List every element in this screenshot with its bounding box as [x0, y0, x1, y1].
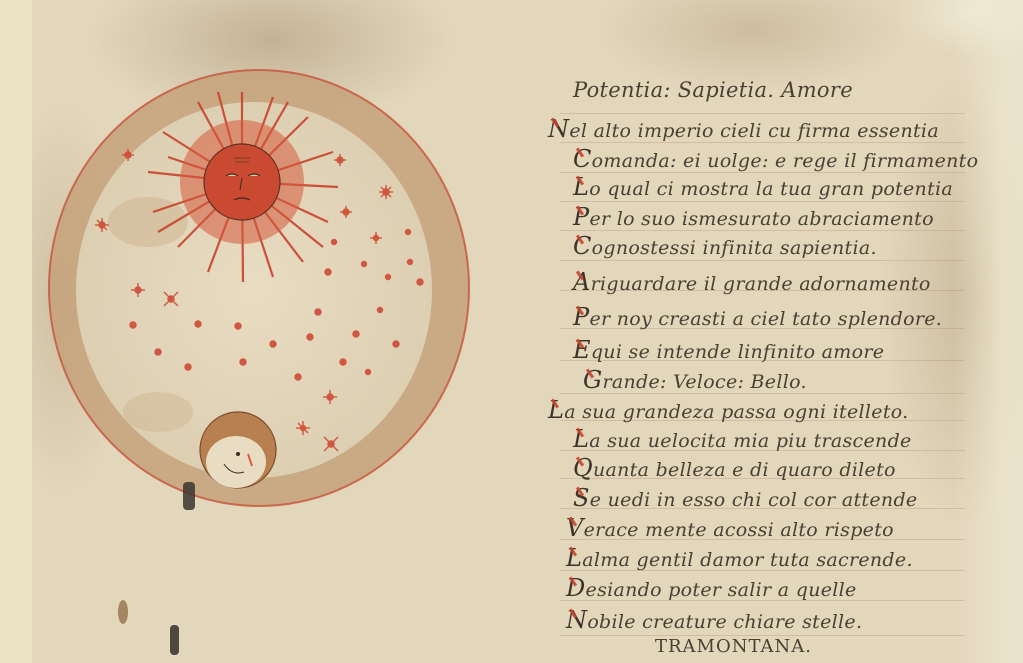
star-icon: [185, 364, 191, 370]
verse-line: Lo qual ci mostra la tua gran potentia: [573, 173, 953, 201]
ink-blot: [183, 482, 195, 510]
celestial-sphere-illustration: [38, 62, 480, 514]
rubricated-initial: L: [573, 173, 589, 201]
star-icon: [130, 322, 136, 328]
star-icon: [362, 262, 367, 267]
page-margin: [0, 0, 32, 663]
verse-text: qui se intende linfinito amore: [591, 341, 884, 363]
rubricated-initial: A: [573, 268, 591, 296]
ruling-line: [560, 113, 965, 114]
star-icon: [325, 269, 331, 275]
verse-text: e uedi in esso chi col cor attende: [590, 489, 918, 511]
moon-icon: [200, 412, 276, 488]
star-icon: [353, 331, 359, 337]
star-icon: [240, 359, 246, 365]
rubricated-initial: C: [573, 232, 592, 260]
star-icon: [315, 309, 321, 315]
rubricated-initial: P: [573, 203, 589, 231]
verse-line: Comanda: ei uolge: e rege il firmamento: [573, 145, 978, 173]
star-icon: [307, 334, 313, 340]
star-icon: [155, 349, 161, 355]
rubricated-initial: L: [566, 544, 582, 572]
verse-heading: Potentia: Sapietia. Amore: [573, 78, 853, 102]
star-icon: [393, 341, 399, 347]
rubricated-initial: P: [573, 303, 589, 331]
rubricated-initial: D: [566, 574, 586, 602]
verse-line: Equi se intende linfinito amore: [573, 336, 884, 364]
verse-line: Grande: Veloce: Bello.: [583, 366, 807, 394]
verse-line: La sua uelocita mia piu trascende: [573, 425, 912, 453]
star-icon: [408, 260, 413, 265]
rubricated-initial: E: [573, 336, 591, 364]
star-icon: [332, 240, 337, 245]
verse-text: uanta belleza e di quaro dileto: [593, 459, 896, 481]
verse-line: Per lo suo ismesurato abraciamento: [573, 203, 934, 231]
verse-line: Nel alto imperio cieli cu firma essentia: [548, 115, 939, 143]
rubricated-initial: S: [573, 484, 590, 512]
celestial-sphere-svg: [38, 62, 480, 514]
verse-line: Cognostessi infinita sapientia.: [573, 232, 877, 260]
rubricated-initial: G: [583, 366, 602, 394]
verse-line: Per noy creasti a ciel tato splendore.: [573, 303, 942, 331]
verse-text: er lo suo ismesurato abraciamento: [589, 208, 933, 230]
verse-text: riguardare il grande adornamento: [591, 273, 931, 295]
verse-line: Quanta belleza e di quaro dileto: [573, 454, 896, 482]
ink-blot: [170, 625, 179, 655]
star-icon: [406, 230, 411, 235]
verse-line: La sua grandeza passa ogni itelleto.: [548, 396, 909, 424]
star-icon: [386, 275, 391, 280]
page-tear: [900, 0, 1023, 60]
ink-stain: [118, 600, 128, 624]
rubricated-initial: V: [566, 514, 584, 542]
verse-text: obile creature chiare stelle.: [587, 611, 862, 633]
star-icon: [235, 323, 241, 329]
star-icon: [195, 321, 201, 327]
rubricated-initial: C: [573, 145, 592, 173]
footer-rubric: TRAMONTANA.: [655, 636, 812, 657]
verse-text: o qual ci mostra la tua gran potentia: [589, 178, 953, 200]
verse-text: alma gentil damor tuta sacrende.: [582, 549, 913, 571]
verse-line: Lalma gentil damor tuta sacrende.: [566, 544, 913, 572]
verse-text: rande: Veloce: Bello.: [602, 371, 806, 393]
verse-line: Desiando poter salir a quelle: [566, 574, 857, 602]
star-icon: [340, 359, 346, 365]
verse-line: Nobile creature chiare stelle.: [566, 606, 862, 634]
rubricated-initial: N: [548, 115, 569, 143]
verse-line: Verace mente acossi alto rispeto: [566, 514, 894, 542]
page-edge: [953, 0, 1023, 663]
star-icon: [366, 370, 371, 375]
verse-text: a sua uelocita mia piu trascende: [589, 430, 911, 452]
verse-text: erace mente acossi alto rispeto: [584, 519, 894, 541]
rubricated-initial: N: [566, 606, 587, 634]
star-icon: [378, 308, 383, 313]
star-icon: [379, 185, 393, 199]
verse-line: Se uedi in esso chi col cor attende: [573, 484, 917, 512]
sun-face: [204, 144, 280, 220]
verse-text: el alto imperio cieli cu firma essentia: [569, 120, 939, 142]
star-icon: [295, 374, 301, 380]
verse-text: ognostessi infinita sapientia.: [592, 237, 877, 259]
verse-text: omanda: ei uolge: e rege il firmamento: [592, 150, 979, 172]
verse-text: er noy creasti a ciel tato splendore.: [589, 308, 942, 330]
verse-line: Ariguardare il grande adornamento: [573, 268, 931, 296]
ruling-line: [560, 260, 965, 261]
verse-text: esiando poter salir a quelle: [586, 579, 857, 601]
rubricated-initial: L: [573, 425, 589, 453]
verse-text: a sua grandeza passa ogni itelleto.: [564, 401, 908, 423]
star-icon: [417, 279, 423, 285]
rubricated-initial: Q: [573, 454, 593, 482]
rubricated-initial: L: [548, 396, 564, 424]
star-icon: [270, 341, 276, 347]
ruling-line: [560, 201, 965, 202]
